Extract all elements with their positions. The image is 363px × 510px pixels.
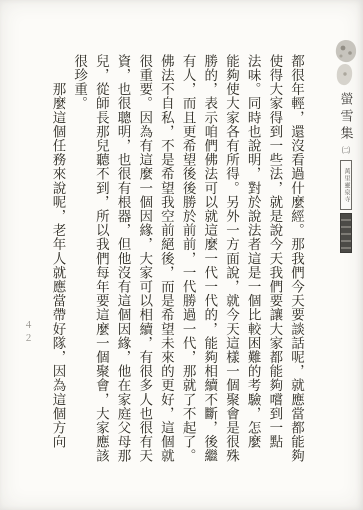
text-column: 很珍重。	[68, 54, 90, 468]
text-column: 兒，從師長那兒聽不到，所以我們每年要這麼一個聚會，大家應該	[90, 54, 112, 468]
text-column: 能夠使大家各有所得。另外一方面說，就今天這樣一個聚會是很殊	[220, 54, 242, 468]
page-number: ４２	[22, 320, 35, 346]
text-column: 資，也很聰明，也很有根器，但他沒有這個因緣，他在家庭父母那	[112, 54, 134, 468]
body-text: 都很年輕，還沒看過什麼經。那我們今天要談話呢，就應當都能夠使得大家得到一些法，就…	[47, 54, 307, 468]
imprint-label: 萬里靈泉寺	[340, 160, 352, 210]
shaded-volume-bar-icon	[340, 213, 352, 253]
book-page: 螢雪集 ㈡ 萬里靈泉寺 都很年輕，還沒看過什麼經。那我們今天要談話呢，就應當都能…	[0, 0, 363, 510]
text-column: 使得大家得到一些法，就是說今天我們要讓大家都能夠嚐到一點	[264, 54, 286, 468]
text-column: 有人，而且更希望後後勝於前前，一代勝過一代，那就了不起了。	[177, 54, 199, 468]
title-block: 螢雪集 ㈡ 萬里靈泉寺	[331, 38, 361, 253]
text-column: 法味。同時也說明，對於說法者這是一個比較困難的考驗，怎麼	[242, 54, 264, 468]
text-column: 勝的，表示咱們佛法可以就這麼一代一代的，能夠相續不斷，後繼	[199, 54, 221, 468]
text-column: 那麼這個任務來說呢，老年人就應當帶好隊，因為這個方向	[47, 54, 69, 468]
text-column: 很重要。因為有這麼一個因緣，大家可以相續，有很多人也很有天	[134, 54, 156, 468]
ink-seal-icon	[333, 38, 359, 88]
volume-mark: ㈡	[342, 145, 350, 156]
text-column: 都很年輕，還沒看過什麼經。那我們今天要談話呢，就應當都能夠	[285, 54, 307, 468]
book-title: 螢雪集	[337, 92, 356, 143]
text-column: 佛法不自私，不是希望我空前絕後，而是希望未來的更好，這個就	[155, 54, 177, 468]
